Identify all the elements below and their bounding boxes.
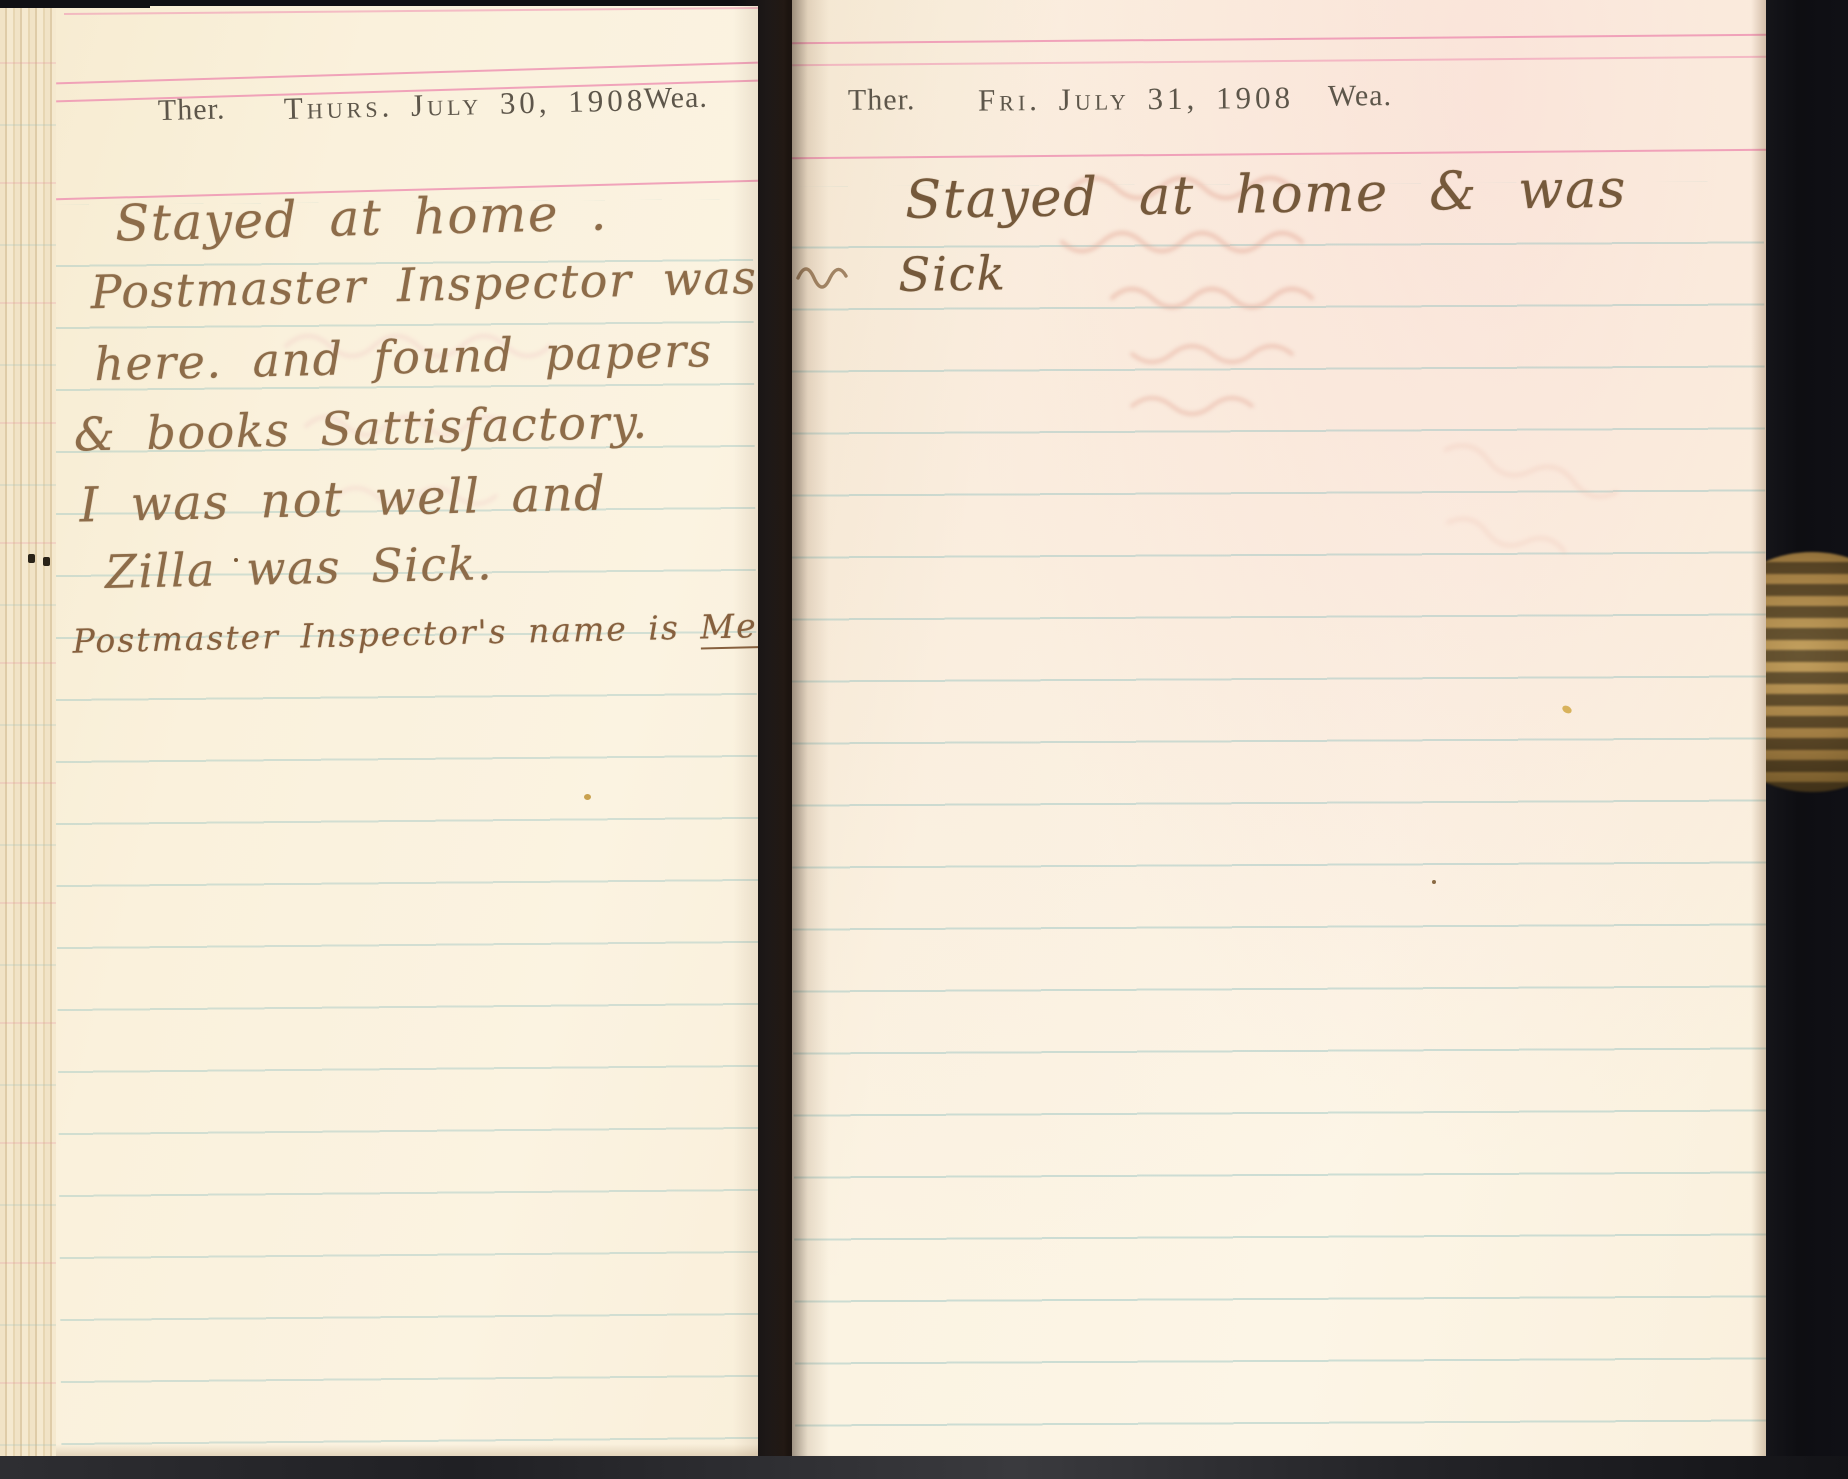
underlined-name: Meincke: [700, 604, 758, 650]
pink-rule: [64, 7, 758, 15]
pink-rule: [792, 34, 1767, 45]
entry-line: here. and found papers: [94, 323, 714, 391]
left-page: Ther. Thurs. July 30, 1908 Wea. Stayed a…: [56, 6, 758, 1460]
book-cover-edge: [1766, 0, 1848, 1479]
entry-line: I was not well and: [79, 466, 607, 534]
ink-bleedthrough: [1397, 406, 1727, 634]
wea-label: Wea.: [643, 81, 708, 117]
ink-mark: [28, 554, 35, 563]
paper-speck: [1561, 704, 1573, 715]
pink-rule: [792, 56, 1767, 66]
date-heading: Thurs. July 30, 1908: [283, 83, 594, 127]
clasp-button: [1766, 552, 1848, 792]
wea-label: Wea.: [1328, 79, 1392, 114]
page-stack-edges: [0, 6, 58, 1466]
diary-scan: Ther. Thurs. July 30, 1908 Wea. Stayed a…: [0, 0, 1848, 1479]
note-text: Postmaster Inspector's name is: [72, 607, 701, 660]
overflow-ink-fragment: [792, 238, 872, 298]
date-heading: Fri. July 31, 1908: [978, 80, 1258, 118]
cover-top-sliver: [0, 0, 150, 8]
handwritten-entry: Stayed at home & was Sick: [792, 0, 1767, 8]
entry-line: Stayed at home & was: [905, 159, 1628, 231]
page-edge-shadow: [1751, 0, 1767, 1470]
scan-bottom-edge: [0, 1456, 1848, 1479]
blue-ruled-lines: [792, 181, 1767, 1464]
paper-speck: [1432, 880, 1436, 884]
paper-speck: [584, 794, 591, 800]
entry-line: Stayed at home .: [114, 183, 608, 252]
entry-line: Zilla was Sick.: [104, 536, 493, 599]
entry-line: & books Sattisfactory.: [73, 395, 649, 462]
right-page: Ther. Fri. July 31, 1908 Wea. Stayed at …: [792, 0, 1767, 1470]
entry-line: Sick: [898, 246, 1007, 303]
left-page-header: Ther. Thurs. July 30, 1908 Wea.: [56, 79, 758, 140]
ink-mark: [43, 557, 50, 566]
right-page-header: Ther. Fri. July 31, 1908 Wea.: [792, 76, 1767, 129]
entry-note: Postmaster Inspector's name is Meincke: [72, 604, 758, 661]
entry-line: Postmaster Inspector was: [90, 250, 758, 319]
handwritten-entry: Stayed at home . Postmaster Inspector wa…: [56, 164, 758, 180]
ther-label: Ther.: [158, 92, 226, 128]
ther-label: Ther.: [848, 83, 916, 118]
